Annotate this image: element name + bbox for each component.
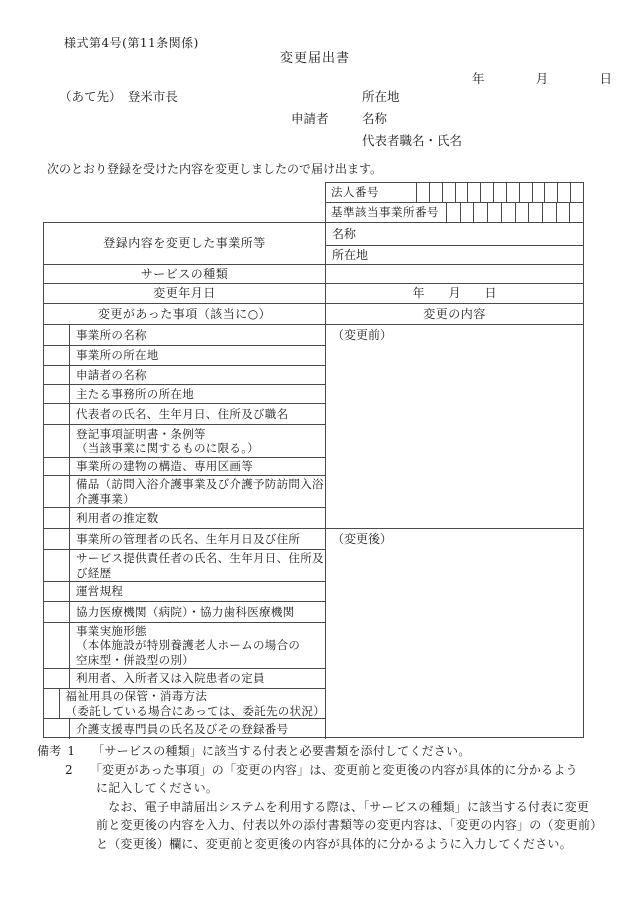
circle-mark-cell[interactable] [44,508,70,528]
change-item-row: 代表者の氏名、生年月日、住所及び職名 [44,404,325,425]
date-year-label: 年 [472,71,485,87]
change-item-row: 事業所の建物の構造、専用区画等 [44,458,325,476]
representative-title-name-label: 代表者職名・氏名 [362,133,462,149]
before-change-content-area[interactable]: （変更前） [326,325,583,529]
corporate-number-row: 法人番号 [326,183,583,203]
circle-mark-cell[interactable] [44,529,70,549]
change-item-row: 事業実施形態 （本体施設が特別養護老人ホームの場合の 空床型・併設型の別） [44,623,325,669]
change-date-field[interactable]: 年 月 日 [326,284,583,304]
circle-mark-cell[interactable] [44,719,70,739]
change-item-label: 協力医療機関（病院）・協力歯科医療機関 [70,602,325,622]
change-item-label: 事業所の所在地 [70,346,325,365]
change-item-row: 申請者の名称 [44,366,325,385]
notes-item-2-text-line3: なお、電子申請届出システムを利用する際は、「サービスの種類」に該当する付表に変更 [96,800,589,815]
change-item-label: 事業実施形態 （本体施設が特別養護老人ホームの場合の 空床型・併設型の別） [70,623,325,668]
change-item-label: 備品（訪問入浴介護事業及び介護予防訪問入浴 介護事業） [70,476,325,507]
office-number-row: 基準該当事業所番号 [326,203,583,222]
service-type-header: サービスの種類 [44,265,326,284]
office-name-field[interactable]: 名称 [326,223,583,246]
notes-item-2-text-line1: 「変更があった事項」の「変更の内容」は、変更前と変更後の内容が具体的に分かるよう [90,763,578,778]
form-number: 様式第4号(第11条関係) [64,36,199,51]
applicant-address-label: 所在地 [362,89,400,105]
change-item-row: 利用者、入所者又は入院患者の定員 [44,669,325,689]
change-item-row: 利用者の推定数 [44,508,325,529]
digit-box[interactable] [446,203,460,222]
circle-mark-cell[interactable] [44,404,70,424]
change-date-header: 変更年月日 [44,284,326,304]
change-item-label: 主たる事務所の所在地 [70,385,325,403]
change-item-row: 事業所の管理者の氏名、生年月日及び住所 [44,529,325,550]
corporate-number-boxes [416,183,583,202]
change-item-label: サービス提供責任者の氏名、生年月日、住所及 び経歴 [70,550,325,581]
change-item-label: 利用者、入所者又は入院患者の定員 [70,669,325,688]
corporate-number-label: 法人番号 [326,183,416,202]
applicant-label: 申請者 [291,111,329,127]
page-title: 変更届出書 [0,51,630,67]
service-type-field[interactable] [326,265,583,284]
circle-mark-cell[interactable] [44,458,70,475]
change-item-label: 運営規程 [70,582,325,601]
digit-box[interactable] [467,183,480,202]
notes-item-2-number: 2 [65,763,73,778]
change-item-label: 代表者の氏名、生年月日、住所及び職名 [70,404,325,424]
digit-box[interactable] [460,203,474,222]
circle-mark-cell[interactable] [44,346,70,365]
digit-box[interactable] [506,183,519,202]
change-item-row: 事業所の名称 [44,325,325,346]
change-item-label: 利用者の推定数 [70,508,325,528]
circle-mark-cell[interactable] [44,366,70,384]
registry-number-table: 法人番号 基準該当事業所番号 [325,182,584,223]
change-item-row: 登記事項証明書・条例等 （当該事業に関するものに限る。） [44,425,325,458]
digit-box[interactable] [532,183,545,202]
digit-box[interactable] [569,203,583,222]
change-details-table: 登録内容を変更した事業所等 名称 所在地 サービスの種類 変更年月日 年 月 日… [43,222,584,738]
digit-box[interactable] [557,183,570,202]
notes-item-1: 備考 1 「サービスの種類」に該当する付表と必要書類を添付してください。 [37,744,470,759]
change-item-row: 備品（訪問入浴介護事業及び介護予防訪問入浴 介護事業） [44,476,325,508]
digit-box[interactable] [429,183,442,202]
change-item-row: 主たる事務所の所在地 [44,385,325,404]
digit-box[interactable] [493,183,506,202]
submission-date-line: 年 月 日 [472,71,612,87]
digit-box[interactable] [501,203,515,222]
applicant-name-label: 名称 [362,111,387,127]
office-number-boxes [446,203,583,222]
digit-box[interactable] [515,203,529,222]
date-month-label: 月 [536,71,549,87]
notes-item-2-text-line4: 前と変更後の内容を入力、付表以外の添付書類等の変更内容は、「変更の内容」の（変更… [96,818,602,833]
circle-mark-cell[interactable] [44,425,70,457]
change-items-list: 事業所の名称 事業所の所在地 申請者の名称 主たる事務所の所在地 代表者の氏名、… [44,325,326,739]
digit-box[interactable] [528,203,542,222]
change-item-label: 介護支援専門員の氏名及びその登録番号 [70,719,325,739]
notes-item-1-number: 1 [67,744,75,759]
digit-box[interactable] [416,183,429,202]
circle-mark-cell[interactable] [44,385,70,403]
circle-mark-cell[interactable] [44,325,70,345]
digit-box[interactable] [487,203,501,222]
after-change-content-area[interactable]: （変更後） [326,529,583,739]
change-notification-form-page: 様式第4号(第11条関係) 変更届出書 年 月 日 （あて先） 登米市長 所在地… [0,0,630,903]
change-item-label: 事業所の名称 [70,325,325,345]
addressee: （あて先） 登米市長 [59,89,178,105]
circle-mark-cell[interactable] [44,476,70,507]
notes-label: 備考 [37,744,61,759]
change-item-row: 福祉用具の保管・消毒方法 （委託している場合にあっては、委託先の状況） [44,689,325,719]
change-item-label: 登記事項証明書・条例等 （当該事業に関するものに限る。） [70,425,325,457]
notes-item-2-text-line5: と（変更後）欄に、変更前と変更後の内容が具体的に分かるように入力してください。 [96,837,572,852]
changed-items-column-header: 変更があった事項（該当に○） [44,304,326,325]
circle-mark-cell[interactable] [44,689,60,718]
digit-box[interactable] [480,183,493,202]
change-item-row: 運営規程 [44,582,325,602]
notes-item-1-text: 「サービスの種類」に該当する付表と必要書類を添付してください。 [92,744,470,759]
circle-mark-cell[interactable] [44,582,70,601]
office-address-field[interactable]: 所在地 [326,246,583,265]
digit-box[interactable] [519,183,532,202]
notes-item-2-text-line2: に記入してください。 [96,781,218,796]
intro-sentence: 次のとおり登録を受けた内容を変更しましたので届け出ます。 [47,162,382,177]
digit-box[interactable] [473,203,487,222]
circle-mark-cell[interactable] [44,623,70,668]
digit-box[interactable] [442,183,455,202]
notes-item-2: 2 「変更があった事項」の「変更の内容」は、変更前と変更後の内容が具体的に分かる… [65,763,578,778]
change-item-row: 介護支援専門員の氏名及びその登録番号 [44,719,325,739]
digit-box[interactable] [544,183,557,202]
change-item-label: 事業所の管理者の氏名、生年月日及び住所 [70,529,325,549]
digit-box[interactable] [556,203,570,222]
circle-mark-cell[interactable] [44,602,70,622]
digit-box[interactable] [455,183,468,202]
circle-mark-cell[interactable] [44,550,70,581]
change-item-row: サービス提供責任者の氏名、生年月日、住所及 び経歴 [44,550,325,582]
change-item-row: 事業所の所在地 [44,346,325,366]
changed-office-header: 登録内容を変更した事業所等 [44,223,326,265]
change-item-label: 申請者の名称 [70,366,325,384]
digit-box[interactable] [542,203,556,222]
change-item-label: 事業所の建物の構造、専用区画等 [70,458,325,475]
change-item-row: 協力医療機関（病院）・協力歯科医療機関 [44,602,325,623]
change-content-column-header: 変更の内容 [326,304,583,325]
date-day-label: 日 [599,71,612,87]
change-item-label: 福祉用具の保管・消毒方法 （委託している場合にあっては、委託先の状況） [60,689,325,718]
circle-mark-cell[interactable] [44,669,70,688]
office-number-label: 基準該当事業所番号 [326,203,446,222]
digit-box[interactable] [570,183,583,202]
